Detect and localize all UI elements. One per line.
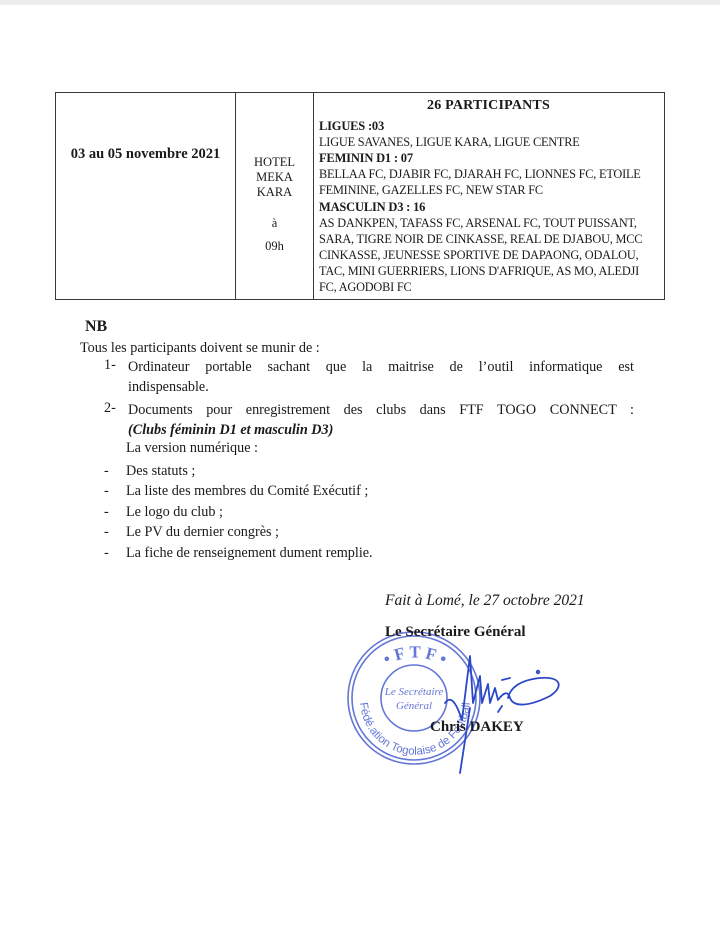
bullet-dash: - [104, 461, 109, 481]
category-label: MASCULIN D3 : 16 [319, 199, 658, 215]
document-item: -Le logo du club ; [104, 502, 373, 522]
date-cell: 03 au 05 novembre 2021 [56, 93, 236, 299]
category-members: BELLAA FC, DJABIR FC, DJARAH FC, LIONNES… [319, 166, 658, 182]
item-text: Documents pour enregistrement des clubs … [128, 402, 634, 418]
handwritten-signature-icon [440, 648, 570, 778]
venue-connector: à [236, 216, 313, 231]
venue-line: HOTEL [236, 155, 313, 170]
schedule-table: 03 au 05 novembre 2021 HOTEL MEKA KARA à… [55, 92, 665, 300]
document-item: -Le PV du dernier congrès ; [104, 522, 373, 542]
document-text: La fiche de renseignement dument remplie… [126, 545, 373, 561]
bullet-dash: - [104, 522, 109, 542]
category-members: CINKASSE, JEUNESSE SPORTIVE DE DAPAONG, … [319, 247, 658, 263]
page-top-edge [0, 0, 720, 5]
category-label: LIGUES :03 [319, 118, 658, 134]
document-item: -La liste des membres du Comité Exécutif… [104, 481, 373, 501]
venue-text: HOTEL MEKA KARA à 09h [236, 155, 313, 254]
svg-text:Général: Général [396, 700, 432, 712]
category-members: TAC, MINI GUERRIERS, LIONS D'AFRIQUE, AS… [319, 263, 658, 279]
document-text: Le logo du club ; [126, 504, 223, 520]
venue-time: 09h [236, 239, 313, 254]
venue-line: MEKA [236, 170, 313, 185]
category-members: AS DANKPEN, TAFASS FC, ARSENAL FC, TOUT … [319, 215, 658, 231]
signatory-title: Le Secrétaire Général [385, 624, 526, 641]
nb-item-1: 1- Ordinateur portable sachant que la ma… [104, 357, 634, 397]
category-members: LIGUE SAVANES, LIGUE KARA, LIGUE CENTRE [319, 134, 658, 150]
bullet-dash: - [104, 502, 109, 522]
participants-cell: 26 PARTICIPANTS LIGUES :03LIGUE SAVANES,… [314, 93, 664, 299]
item-text-cont: indispensable. [128, 377, 634, 397]
item-text: Ordinateur portable sachant que la maitr… [128, 359, 634, 375]
category-members: SARA, TIGRE NOIR DE CINKASSE, REAL DE DJ… [319, 231, 658, 247]
venue-line: KARA [236, 185, 313, 200]
svg-text:Le Secrétaire: Le Secrétaire [384, 686, 444, 698]
nb-heading: NB [85, 318, 107, 336]
participants-title: 26 PARTICIPANTS [319, 98, 658, 114]
place-date: Fait à Lomé, le 27 octobre 2021 [385, 592, 585, 610]
documents-list: -Des statuts ;-La liste des membres du C… [104, 461, 373, 563]
document-item: -Des statuts ; [104, 461, 373, 481]
nb-intro: Tous les participants doivent se munir d… [80, 340, 320, 357]
category-label: FEMININ D1 : 07 [319, 150, 658, 166]
document-item: -La fiche de renseignement dument rempli… [104, 543, 373, 563]
signatory-name: Chris DAKEY [430, 719, 524, 736]
document-text: La liste des membres du Comité Exécutif … [126, 483, 368, 499]
bullet-dash: - [104, 543, 109, 563]
version-label: La version numérique : [126, 440, 258, 457]
document-text: Le PV du dernier congrès ; [126, 524, 279, 540]
venue-cell: HOTEL MEKA KARA à 09h [236, 93, 314, 299]
nb-item-2: 2- Documents pour enregistrement des clu… [104, 400, 634, 440]
date-text: 03 au 05 novembre 2021 [56, 146, 235, 163]
item-number: 2- [104, 400, 116, 417]
item-subtitle: (Clubs féminin D1 et masculin D3) [128, 420, 634, 440]
category-members: FEMININE, GAZELLES FC, NEW STAR FC [319, 182, 658, 198]
participant-categories: LIGUES :03LIGUE SAVANES, LIGUE KARA, LIG… [319, 118, 658, 295]
item-number: 1- [104, 357, 116, 374]
category-members: FC, AGODOBI FC [319, 279, 658, 295]
document-text: Des statuts ; [126, 463, 195, 479]
bullet-dash: - [104, 481, 109, 501]
